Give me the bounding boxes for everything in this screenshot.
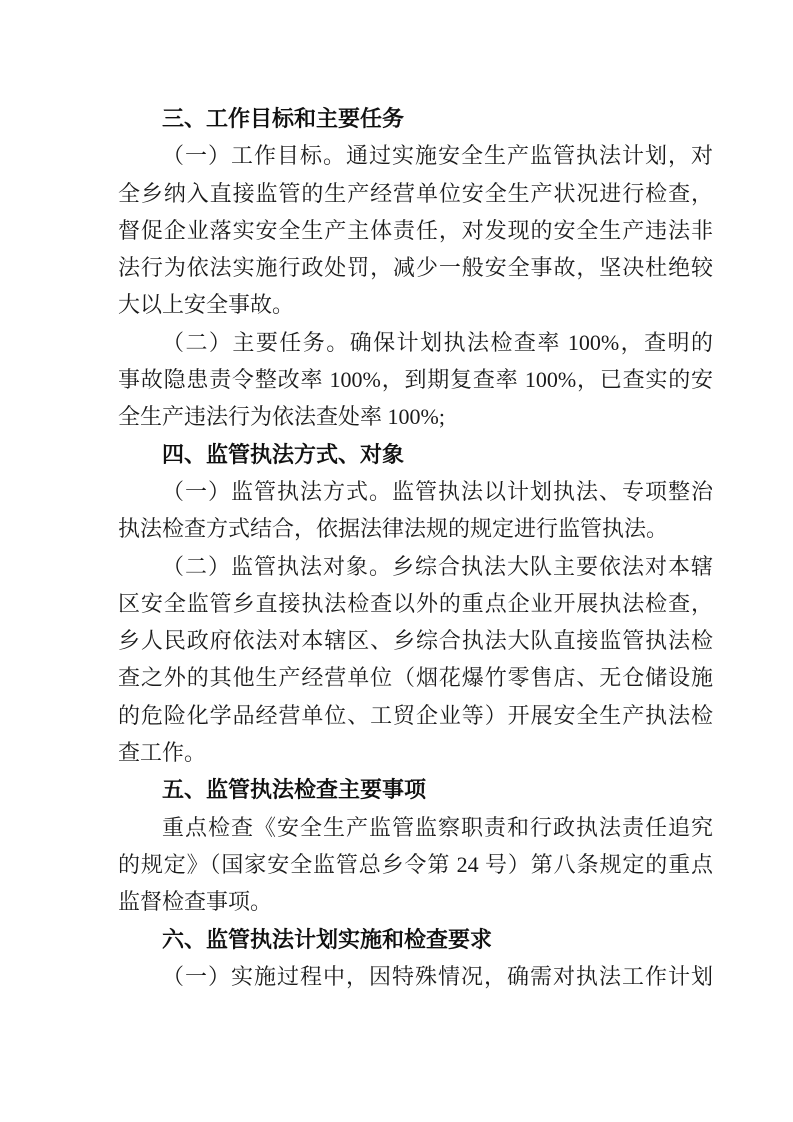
text-line: （二）主要任务。确保计划执法检查率 100%，查明的 — [118, 324, 713, 361]
text-line: 监督检查事项。 — [118, 883, 713, 920]
paragraph-implementation-requirements: （一）实施过程中，因特殊情况，确需对执法工作计划 — [118, 958, 713, 995]
paragraph-enforcement-targets: （二）监管执法对象。乡综合执法大队主要依法对本辖区安全监管乡直接执法检查以外的重… — [118, 548, 713, 772]
section-heading-4: 四、监管执法方式、对象 — [118, 436, 713, 473]
document-body: 三、工作目标和主要任务（一）工作目标。通过实施安全生产监管执法计划，对全乡纳入直… — [118, 100, 713, 995]
text-line: 法行为依法实施行政处罚，减少一般安全事故，坚决杜绝较 — [118, 249, 713, 286]
text-line: 区安全监管乡直接执法检查以外的重点企业开展执法检查， — [118, 585, 713, 622]
text-line: （一）实施过程中，因特殊情况，确需对执法工作计划 — [118, 958, 713, 995]
text-line: 执法检查方式结合，依据法律法规的规定进行监管执法。 — [118, 510, 713, 547]
paragraph-enforcement-method: （一）监管执法方式。监管执法以计划执法、专项整治执法检查方式结合，依据法律法规的… — [118, 473, 713, 548]
text-line: 查之外的其他生产经营单位（烟花爆竹零售店、无仓储设施 — [118, 659, 713, 696]
text-line: 查工作。 — [118, 734, 713, 771]
text-line: 乡人民政府依法对本辖区、乡综合执法大队直接监管执法检 — [118, 622, 713, 659]
text-line: 大以上安全事故。 — [118, 286, 713, 323]
text-line: 全乡纳入直接监管的生产经营单位安全生产状况进行检查， — [118, 175, 713, 212]
text-line: 的规定》（国家安全监管总乡令第 24 号）第八条规定的重点 — [118, 846, 713, 883]
text-line: 督促企业落实安全生产主体责任，对发现的安全生产违法非 — [118, 212, 713, 249]
text-line: 重点检查《安全生产监管监察职责和行政执法责任追究 — [118, 809, 713, 846]
section-heading-3: 三、工作目标和主要任务 — [118, 100, 713, 137]
text-line: 的危险化学品经营单位、工贸企业等）开展安全生产执法检 — [118, 697, 713, 734]
text-line: （一）工作目标。通过实施安全生产监管执法计划，对 — [118, 137, 713, 174]
document-page: 三、工作目标和主要任务（一）工作目标。通过实施安全生产监管执法计划，对全乡纳入直… — [0, 0, 793, 1122]
text-line: （二）监管执法对象。乡综合执法大队主要依法对本辖 — [118, 548, 713, 585]
text-line: （一）监管执法方式。监管执法以计划执法、专项整治 — [118, 473, 713, 510]
section-heading-5: 五、监管执法检查主要事项 — [118, 771, 713, 808]
text-line: 事故隐患责令整改率 100%，到期复查率 100%，已查实的安 — [118, 361, 713, 398]
section-heading-6: 六、监管执法计划实施和检查要求 — [118, 921, 713, 958]
paragraph-work-goal: （一）工作目标。通过实施安全生产监管执法计划，对全乡纳入直接监管的生产经营单位安… — [118, 137, 713, 323]
paragraph-key-inspection-items: 重点检查《安全生产监管监察职责和行政执法责任追究的规定》（国家安全监管总乡令第 … — [118, 809, 713, 921]
paragraph-main-tasks: （二）主要任务。确保计划执法检查率 100%，查明的事故隐患责令整改率 100%… — [118, 324, 713, 436]
text-line: 全生产违法行为依法查处率 100%; — [118, 398, 713, 435]
